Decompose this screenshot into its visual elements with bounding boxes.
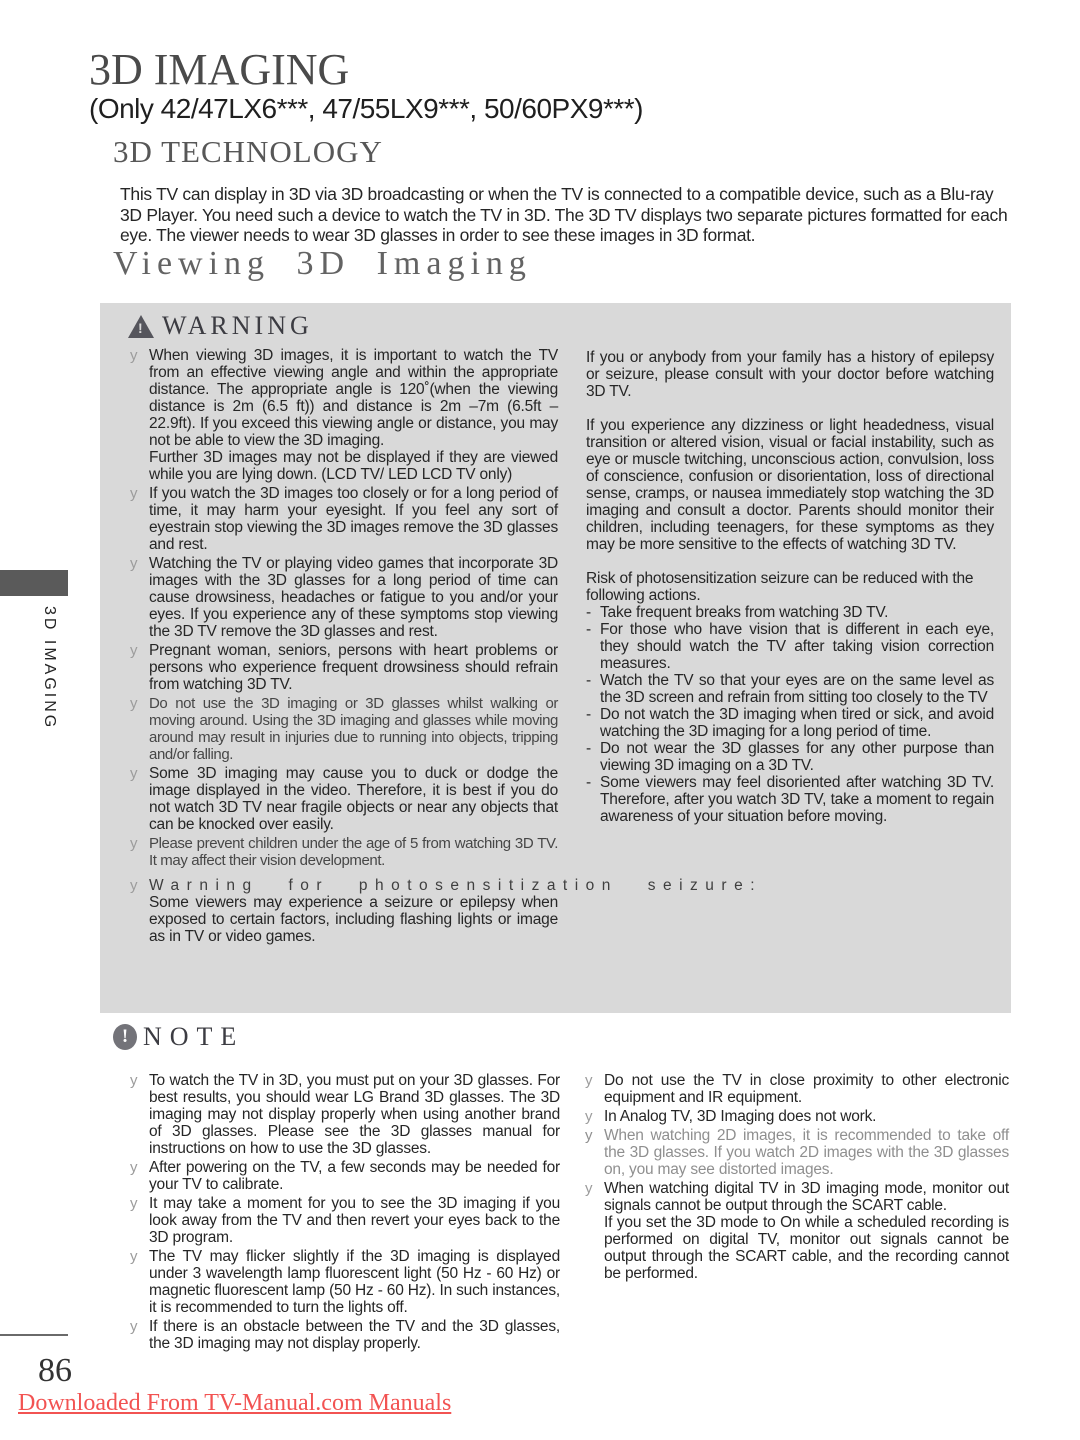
download-source-link[interactable]: Downloaded From TV-Manual.com Manuals (18, 1390, 451, 1417)
bullet-marker: y (130, 877, 138, 894)
bullet-marker: y (130, 555, 137, 572)
warning-bullet: y When viewing 3D images, it is importan… (130, 347, 558, 483)
warning-paragraph: If you experience any dizziness or light… (586, 417, 994, 553)
bullet-text: If there is an obstacle between the TV a… (149, 1318, 560, 1352)
note-exclamation-icon: ! (113, 1024, 137, 1050)
warning-box: WARNING y When viewing 3D images, it is … (100, 303, 1011, 1013)
risk-action-text: Watch the TV so that your eyes are on th… (600, 672, 994, 706)
warning-bullet: y Do not use the 3D imaging or 3D glasse… (130, 695, 558, 763)
note-bullet: y When watching digital TV in 3D imaging… (585, 1180, 1009, 1282)
note-bullet: y If there is an obstacle between the TV… (130, 1318, 560, 1352)
warning-paragraph: If you or anybody from your family has a… (586, 349, 994, 400)
risk-action-item: - Watch the TV so that your eyes are on … (586, 672, 994, 706)
risk-action-item: - Do not watch the 3D imaging when tired… (586, 706, 994, 740)
section-heading-viewing-3d-imaging: Viewing 3D Imaging (113, 245, 532, 283)
bullet-text: Pregnant woman, seniors, persons with he… (149, 642, 558, 693)
photosensitization-warning: y Warning for photosensitization seizure… (130, 877, 558, 945)
bullet-text: When watching 2D images, it is recommend… (604, 1127, 1009, 1178)
page-title: 3D IMAGING (89, 44, 349, 95)
note-bullet: y Do not use the TV in close proximity t… (585, 1072, 1009, 1106)
technology-intro-paragraph: This TV can display in 3D via 3D broadca… (120, 184, 1013, 246)
page-subtitle-models: (Only 42/47LX6***, 47/55LX9***, 50/60PX9… (89, 93, 643, 125)
bullet-marker: y (585, 1127, 592, 1144)
bullet-text: When viewing 3D images, it is important … (149, 347, 558, 483)
note-bullet: y When watching 2D images, it is recomme… (585, 1127, 1009, 1178)
bullet-marker: y (130, 1072, 137, 1089)
bullet-marker: y (130, 347, 137, 364)
bullet-text: Do not use the TV in close proximity to … (604, 1072, 1009, 1106)
dash-marker: - (586, 672, 591, 689)
warning-label: WARNING (162, 311, 313, 341)
section-heading-3d-technology: 3D TECHNOLOGY (113, 134, 383, 170)
bullet-text: When watching digital TV in 3D imaging m… (604, 1180, 1009, 1282)
footer-divider (0, 1334, 68, 1336)
bullet-marker: y (130, 485, 137, 502)
bullet-marker: y (130, 1318, 137, 1335)
bullet-marker: y (585, 1072, 592, 1089)
risk-action-text: Do not wear the 3D glasses for any other… (600, 740, 994, 774)
note-header: ! NOTE (113, 1022, 244, 1052)
risk-action-item: - Take frequent breaks from watching 3D … (586, 604, 994, 621)
manual-page: { "page": { "title": "3D IMAGING", "subt… (0, 0, 1080, 1440)
bullet-text: Watching the TV or playing video games t… (149, 555, 558, 640)
warning-bullet: y Some 3D imaging may cause you to duck … (130, 765, 558, 833)
dash-marker: - (586, 621, 591, 638)
risk-action-item: - Some viewers may feel disoriented afte… (586, 774, 994, 825)
bullet-text: To watch the TV in 3D, you must put on y… (149, 1072, 560, 1157)
note-bullet: y The TV may flicker slightly if the 3D … (130, 1248, 560, 1316)
sidebar-chapter-tab (0, 570, 68, 596)
bullet-marker: y (130, 835, 137, 852)
bullet-text: After powering on the TV, a few seconds … (149, 1159, 560, 1193)
page-number: 86 (38, 1352, 72, 1390)
risk-intro: Risk of photosensitization seizure can b… (586, 570, 994, 604)
bullet-marker: y (130, 1248, 137, 1265)
dash-marker: - (586, 706, 591, 723)
dash-marker: - (586, 774, 591, 791)
bullet-text: The TV may flicker slightly if the 3D im… (149, 1248, 560, 1316)
bullet-text: Some 3D imaging may cause you to duck or… (149, 765, 558, 833)
bullet-marker: y (585, 1108, 592, 1125)
note-label: NOTE (143, 1022, 244, 1052)
warning-triangle-icon (128, 315, 154, 338)
warning-bullet: y Please prevent children under the age … (130, 835, 558, 869)
risk-action-text: For those who have vision that is differ… (600, 621, 994, 672)
risk-action-item: - For those who have vision that is diff… (586, 621, 994, 672)
bullet-text: Do not use the 3D imaging or 3D glasses … (149, 695, 558, 763)
bullet-text: If you watch the 3D images too closely o… (149, 485, 558, 553)
warning-bullet: y If you watch the 3D images too closely… (130, 485, 558, 553)
bullet-text: Please prevent children under the age of… (149, 835, 558, 869)
sidebar-chapter-label: 3D IMAGING (40, 606, 58, 730)
warning-bullet: y Watching the TV or playing video games… (130, 555, 558, 640)
bullet-marker: y (585, 1180, 592, 1197)
note-left-column: y To watch the TV in 3D, you must put on… (130, 1072, 560, 1354)
warning-bullet: y Pregnant woman, seniors, persons with … (130, 642, 558, 693)
bullet-marker: y (130, 1159, 137, 1176)
warning-right-column: If you or anybody from your family has a… (586, 349, 994, 825)
note-bullet: y In Analog TV, 3D Imaging does not work… (585, 1108, 1009, 1125)
bullet-text: It may take a moment for you to see the … (149, 1195, 560, 1246)
note-right-column: y Do not use the TV in close proximity t… (585, 1072, 1009, 1284)
risk-action-text: Do not watch the 3D imaging when tired o… (600, 706, 994, 740)
photosensitization-body: Some viewers may experience a seizure or… (149, 894, 558, 945)
note-bullet: y After powering on the TV, a few second… (130, 1159, 560, 1193)
bullet-marker: y (130, 695, 137, 712)
note-bullet: y To watch the TV in 3D, you must put on… (130, 1072, 560, 1157)
dash-marker: - (586, 740, 591, 757)
risk-action-item: - Do not wear the 3D glasses for any oth… (586, 740, 994, 774)
bullet-marker: y (130, 765, 137, 782)
note-bullet: y It may take a moment for you to see th… (130, 1195, 560, 1246)
warning-left-column: y When viewing 3D images, it is importan… (130, 347, 558, 945)
dash-marker: - (586, 604, 591, 621)
risk-action-text: Some viewers may feel disoriented after … (600, 774, 994, 825)
photosensitization-heading: Warning for photosensitization seizure: (149, 877, 558, 894)
risk-action-text: Take frequent breaks from watching 3D TV… (600, 604, 888, 621)
bullet-marker: y (130, 1195, 137, 1212)
bullet-marker: y (130, 642, 137, 659)
bullet-text: In Analog TV, 3D Imaging does not work. (604, 1108, 876, 1125)
warning-header: WARNING (128, 311, 313, 341)
